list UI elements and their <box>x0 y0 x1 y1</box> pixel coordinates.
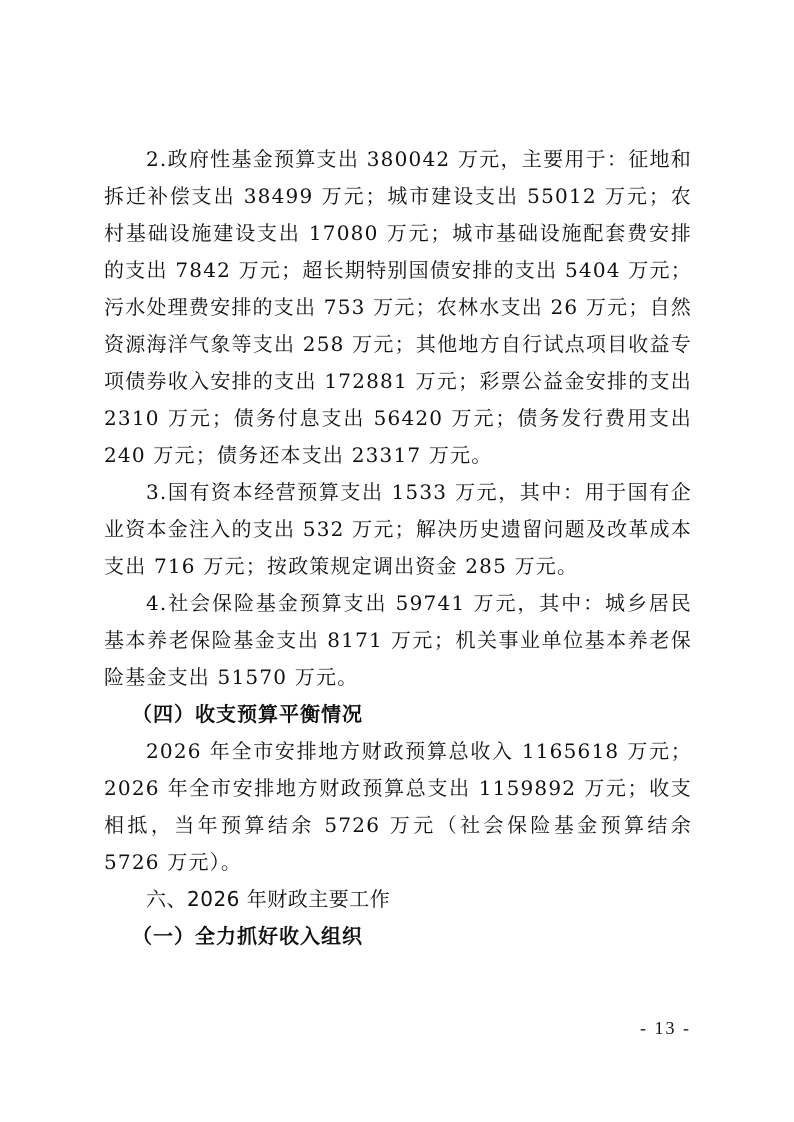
paragraph-social-insurance-expenditure: 4.社会保险基金预算支出 59741 万元，其中：城乡居民基本养老保险基金支出 … <box>104 585 692 696</box>
paragraph-budget-balance: 2026 年全市安排地方财政预算总收入 1165618 万元；2026 年全市安… <box>104 733 692 881</box>
page-number: - 13 - <box>640 1018 691 1039</box>
document-body: 2.政府性基金预算支出 380042 万元，主要用于：征地和拆迁补偿支出 384… <box>104 141 692 955</box>
heading-revenue-organization: （一）全力抓好收入组织 <box>104 918 692 955</box>
heading-section-six: 六、2026 年财政主要工作 <box>104 881 692 918</box>
paragraph-government-fund-expenditure: 2.政府性基金预算支出 380042 万元，主要用于：征地和拆迁补偿支出 384… <box>104 141 692 474</box>
paragraph-state-capital-expenditure: 3.国有资本经营预算支出 1533 万元，其中：用于国有企业资本金注入的支出 5… <box>104 474 692 585</box>
heading-budget-balance: （四）收支预算平衡情况 <box>104 696 692 733</box>
